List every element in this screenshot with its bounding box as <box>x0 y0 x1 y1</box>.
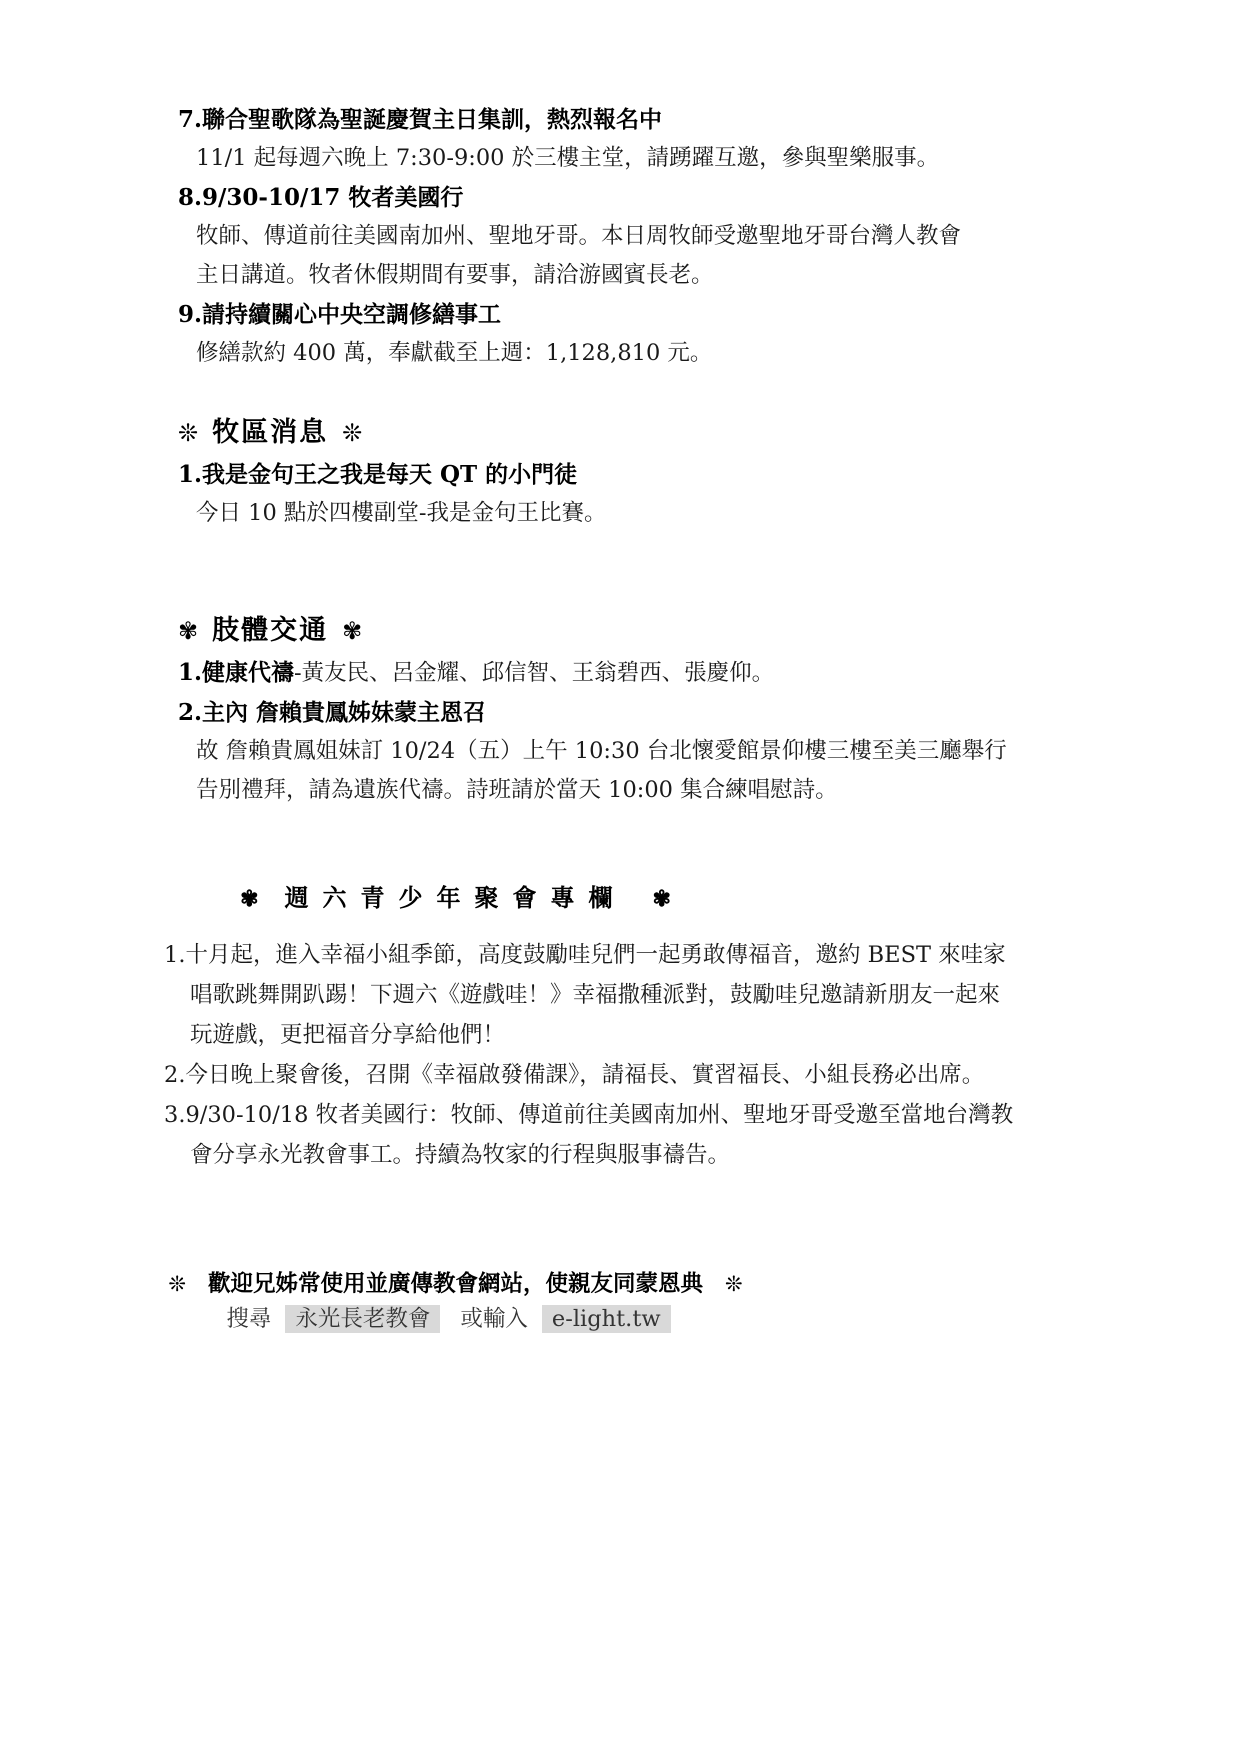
fellowship-section: ✾肢體交通✾ 1.健康代禱-黃友民、呂金耀、邱信智、王翁碧西、張慶仰。 2.主內… <box>150 609 1091 810</box>
flower-ornament-icon: ❊ <box>178 419 198 447</box>
website-promo-text: 歡迎兄姊常使用並廣傳教會網站，使親友同蒙恩典 <box>208 1271 703 1297</box>
parish-news-section: ❊牧區消息❊ 1.我是金句王之我是每天 QT 的小門徒 今日 10 點於四樓副堂… <box>150 411 1091 533</box>
announcement-item-9: 9.請持續關心中央空調修繕事工 修繕款約 400 萬，奉獻截至上週：1,128,… <box>150 295 1091 373</box>
announcement-title: 9.請持續關心中央空調修繕事工 <box>150 295 1091 334</box>
youth-item-line: 2.今日晚上聚會後，召開《幸福啟發備課》，請福長、實習福長、小組長務必出席。 <box>150 1055 1091 1095</box>
fellowship-item-1: 1.健康代禱-黃友民、呂金耀、邱信智、王翁碧西、張慶仰。 <box>150 653 1091 693</box>
youth-item-line: 1.十月起，進入幸福小組季節，高度鼓勵哇兒們一起勇敢傳福音，邀約 BEST 來哇… <box>150 935 1091 975</box>
parish-news-header: ❊牧區消息❊ <box>150 411 1091 455</box>
youth-item-line: 玩遊戲，更把福音分享給他們！ <box>150 1015 1091 1055</box>
youth-item-line: 唱歌跳舞開趴踢！下週六《遊戲哇！》幸福撒種派對，鼓勵哇兒邀請新朋友一起來 <box>150 975 1091 1015</box>
announcement-title: 7.聯合聖歌隊為聖誕慶賀主日集訓，熱烈報名中 <box>150 100 1091 139</box>
website-url-highlighted: e-light.tw <box>542 1305 671 1333</box>
flower-ornament-icon: ✾ <box>178 617 198 645</box>
bulletin-page: 7.聯合聖歌隊為聖誕慶賀主日集訓，熱烈報名中 11/1 起每週六晚上 7:30-… <box>0 0 1241 1337</box>
parish-news-header-text: 牧區消息 <box>212 417 328 448</box>
general-news-section: 7.聯合聖歌隊為聖誕慶賀主日集訓，熱烈報名中 11/1 起每週六晚上 7:30-… <box>150 100 1091 373</box>
memorial-body-line: 告別禮拜，請為遺族代禱。詩班請於當天 10:00 集合練唱慰詩。 <box>150 771 1091 810</box>
flower-ornament-icon: ✾ <box>240 886 258 912</box>
parish-item-body-line: 今日 10 點於四樓副堂-我是金句王比賽。 <box>150 494 1091 533</box>
youth-column-header: ✾週六青少年聚會專欄✾ <box>150 876 761 921</box>
search-label: 搜尋 <box>226 1306 271 1332</box>
website-search-line: 搜尋永光長老教會或輸入e-light.tw <box>150 1302 761 1337</box>
youth-item-line: 3.9/30-10/18 牧者美國行：牧師、傳道前往美國南加州、聖地牙哥受邀至當… <box>150 1095 1091 1135</box>
flower-ornament-icon: ❊ <box>342 419 362 447</box>
health-prayer-label: 1.健康代禱 <box>178 659 294 686</box>
fellowship-header-text: 肢體交通 <box>212 615 328 646</box>
health-prayer-names: -黃友民、呂金耀、邱信智、王翁碧西、張慶仰。 <box>294 660 774 686</box>
or-input-label: 或輸入 <box>460 1306 528 1332</box>
parish-news-item-1: 1.我是金句王之我是每天 QT 的小門徒 今日 10 點於四樓副堂-我是金句王比… <box>150 455 1091 533</box>
announcement-body-line: 11/1 起每週六晚上 7:30-9:00 於三樓主堂，請踴躍互邀，參與聖樂服事… <box>150 139 1091 178</box>
memorial-title: 2.主內 詹賴貴鳳姊妹蒙主恩召 <box>150 693 1091 732</box>
website-promo-section: ❊歡迎兄姊常使用並廣傳教會網站，使親友同蒙恩典❊ 搜尋永光長老教會或輸入e-li… <box>150 1267 761 1337</box>
flower-ornament-icon: ✾ <box>653 886 671 912</box>
fellowship-item-2: 2.主內 詹賴貴鳳姊妹蒙主恩召 故 詹賴貴鳳姐妹訂 10/24（五）上午 10:… <box>150 693 1091 810</box>
flower-ornament-icon: ✾ <box>342 617 362 645</box>
search-term-highlighted: 永光長老教會 <box>285 1305 440 1333</box>
memorial-body-line: 故 詹賴貴鳳姐妹訂 10/24（五）上午 10:30 台北懷愛館景仰樓三樓至美三… <box>150 732 1091 771</box>
announcement-body-line: 主日講道。牧者休假期間有要事，請洽游國賓長老。 <box>150 256 1091 295</box>
announcement-item-7: 7.聯合聖歌隊為聖誕慶賀主日集訓，熱烈報名中 11/1 起每週六晚上 7:30-… <box>150 100 1091 178</box>
website-promo-headline: ❊歡迎兄姊常使用並廣傳教會網站，使親友同蒙恩典❊ <box>150 1267 761 1302</box>
announcement-title: 8.9/30-10/17 牧者美國行 <box>150 178 1091 217</box>
youth-column-header-text: 週六青少年聚會專欄 <box>285 883 627 912</box>
youth-item-line: 會分享永光教會事工。持續為牧家的行程與服事禱告。 <box>150 1135 1091 1175</box>
flower-ornament-icon: ❊ <box>725 1272 743 1296</box>
youth-column-section: ✾週六青少年聚會專欄✾ 1.十月起，進入幸福小組季節，高度鼓勵哇兒們一起勇敢傳福… <box>150 876 1091 1175</box>
announcement-body-line: 牧師、傳道前往美國南加州、聖地牙哥。本日周牧師受邀聖地牙哥台灣人教會 <box>150 217 1091 256</box>
announcement-item-8: 8.9/30-10/17 牧者美國行 牧師、傳道前往美國南加州、聖地牙哥。本日周… <box>150 178 1091 295</box>
youth-column-body: 1.十月起，進入幸福小組季節，高度鼓勵哇兒們一起勇敢傳福音，邀約 BEST 來哇… <box>150 935 1091 1175</box>
parish-item-title: 1.我是金句王之我是每天 QT 的小門徒 <box>150 455 1091 494</box>
fellowship-header: ✾肢體交通✾ <box>150 609 1091 653</box>
announcement-body-line: 修繕款約 400 萬，奉獻截至上週：1,128,810 元。 <box>150 334 1091 373</box>
flower-ornament-icon: ❊ <box>168 1272 186 1296</box>
